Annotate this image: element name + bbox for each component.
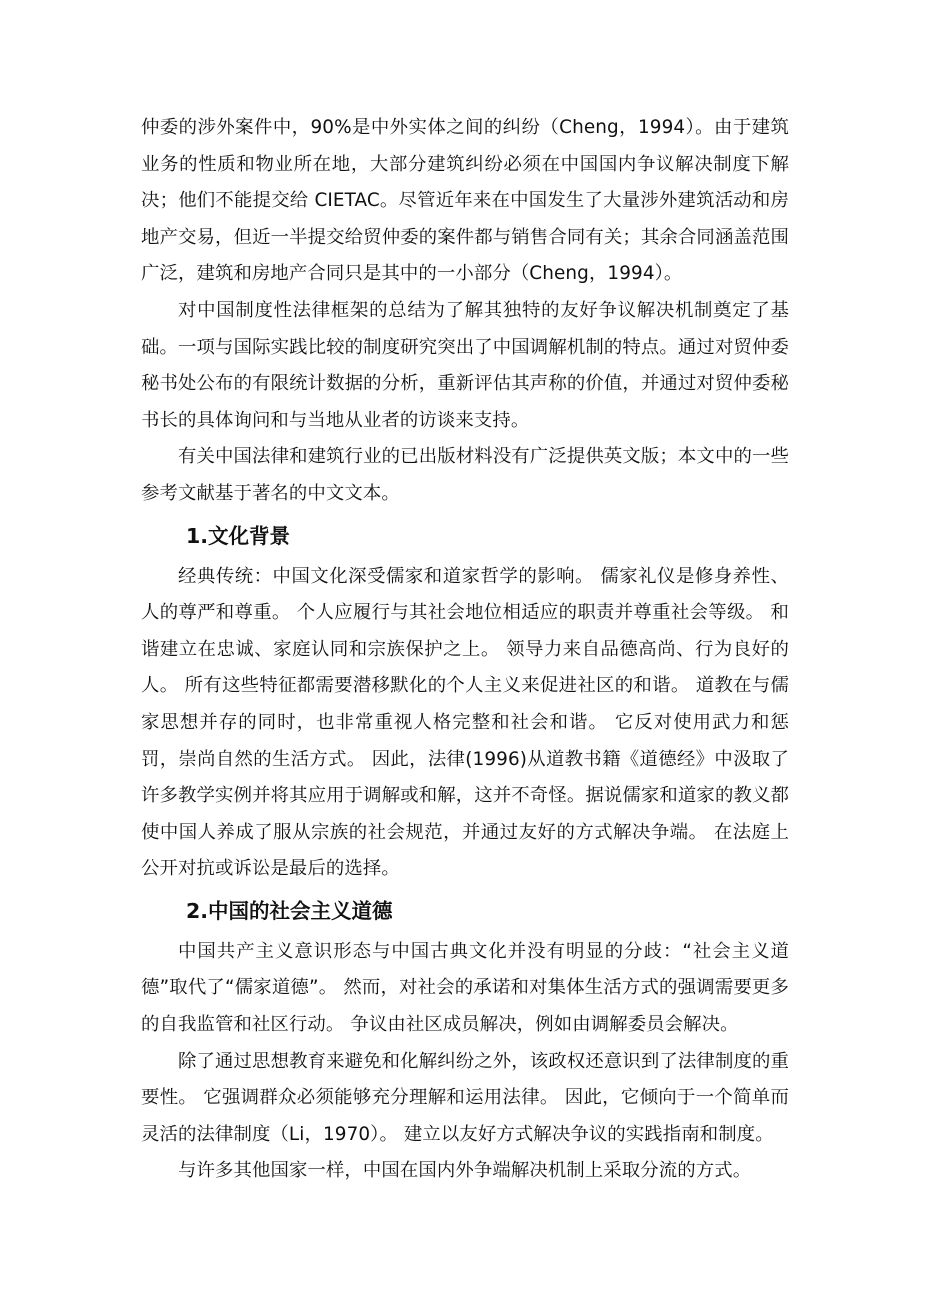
paragraph-communist-ideology: 中国共产主义意识形态与中国古典文化并没有明显的分歧：“社会主义道德”取代了“儒家… bbox=[141, 934, 789, 1044]
paragraph-classical-tradition: 经典传统：中国文化深受儒家和道家哲学的影响。 儒家礼仪是修身养性、人的尊严和尊重… bbox=[141, 559, 789, 888]
paragraph-references-note: 有关中国法律和建筑行业的已出版材料没有广泛提供英文版；本文中的一些参考文献基于著… bbox=[141, 439, 789, 512]
section-heading-cultural-background: 1.文化背景 bbox=[141, 515, 789, 557]
section-heading-socialist-morality: 2.中国的社会主义道德 bbox=[141, 890, 789, 932]
paragraph-cietac-cases: 仲委的涉外案件中，90%是中外实体之间的纠纷（Cheng，1994）。由于建筑业… bbox=[141, 110, 789, 293]
document-page: 仲委的涉外案件中，90%是中外实体之间的纠纷（Cheng，1994）。由于建筑业… bbox=[141, 110, 789, 1190]
paragraph-legal-system-importance: 除了通过思想教育来避免和化解纠纷之外，该政权还意识到了法律制度的重要性。 它强调… bbox=[141, 1044, 789, 1154]
paragraph-institutional-framework: 对中国制度性法律框架的总结为了解其独特的友好争议解决机制奠定了基础。一项与国际实… bbox=[141, 293, 789, 439]
paragraph-dispute-resolution-split: 与许多其他国家一样，中国在国内外争端解决机制上采取分流的方式。 bbox=[141, 1153, 789, 1190]
